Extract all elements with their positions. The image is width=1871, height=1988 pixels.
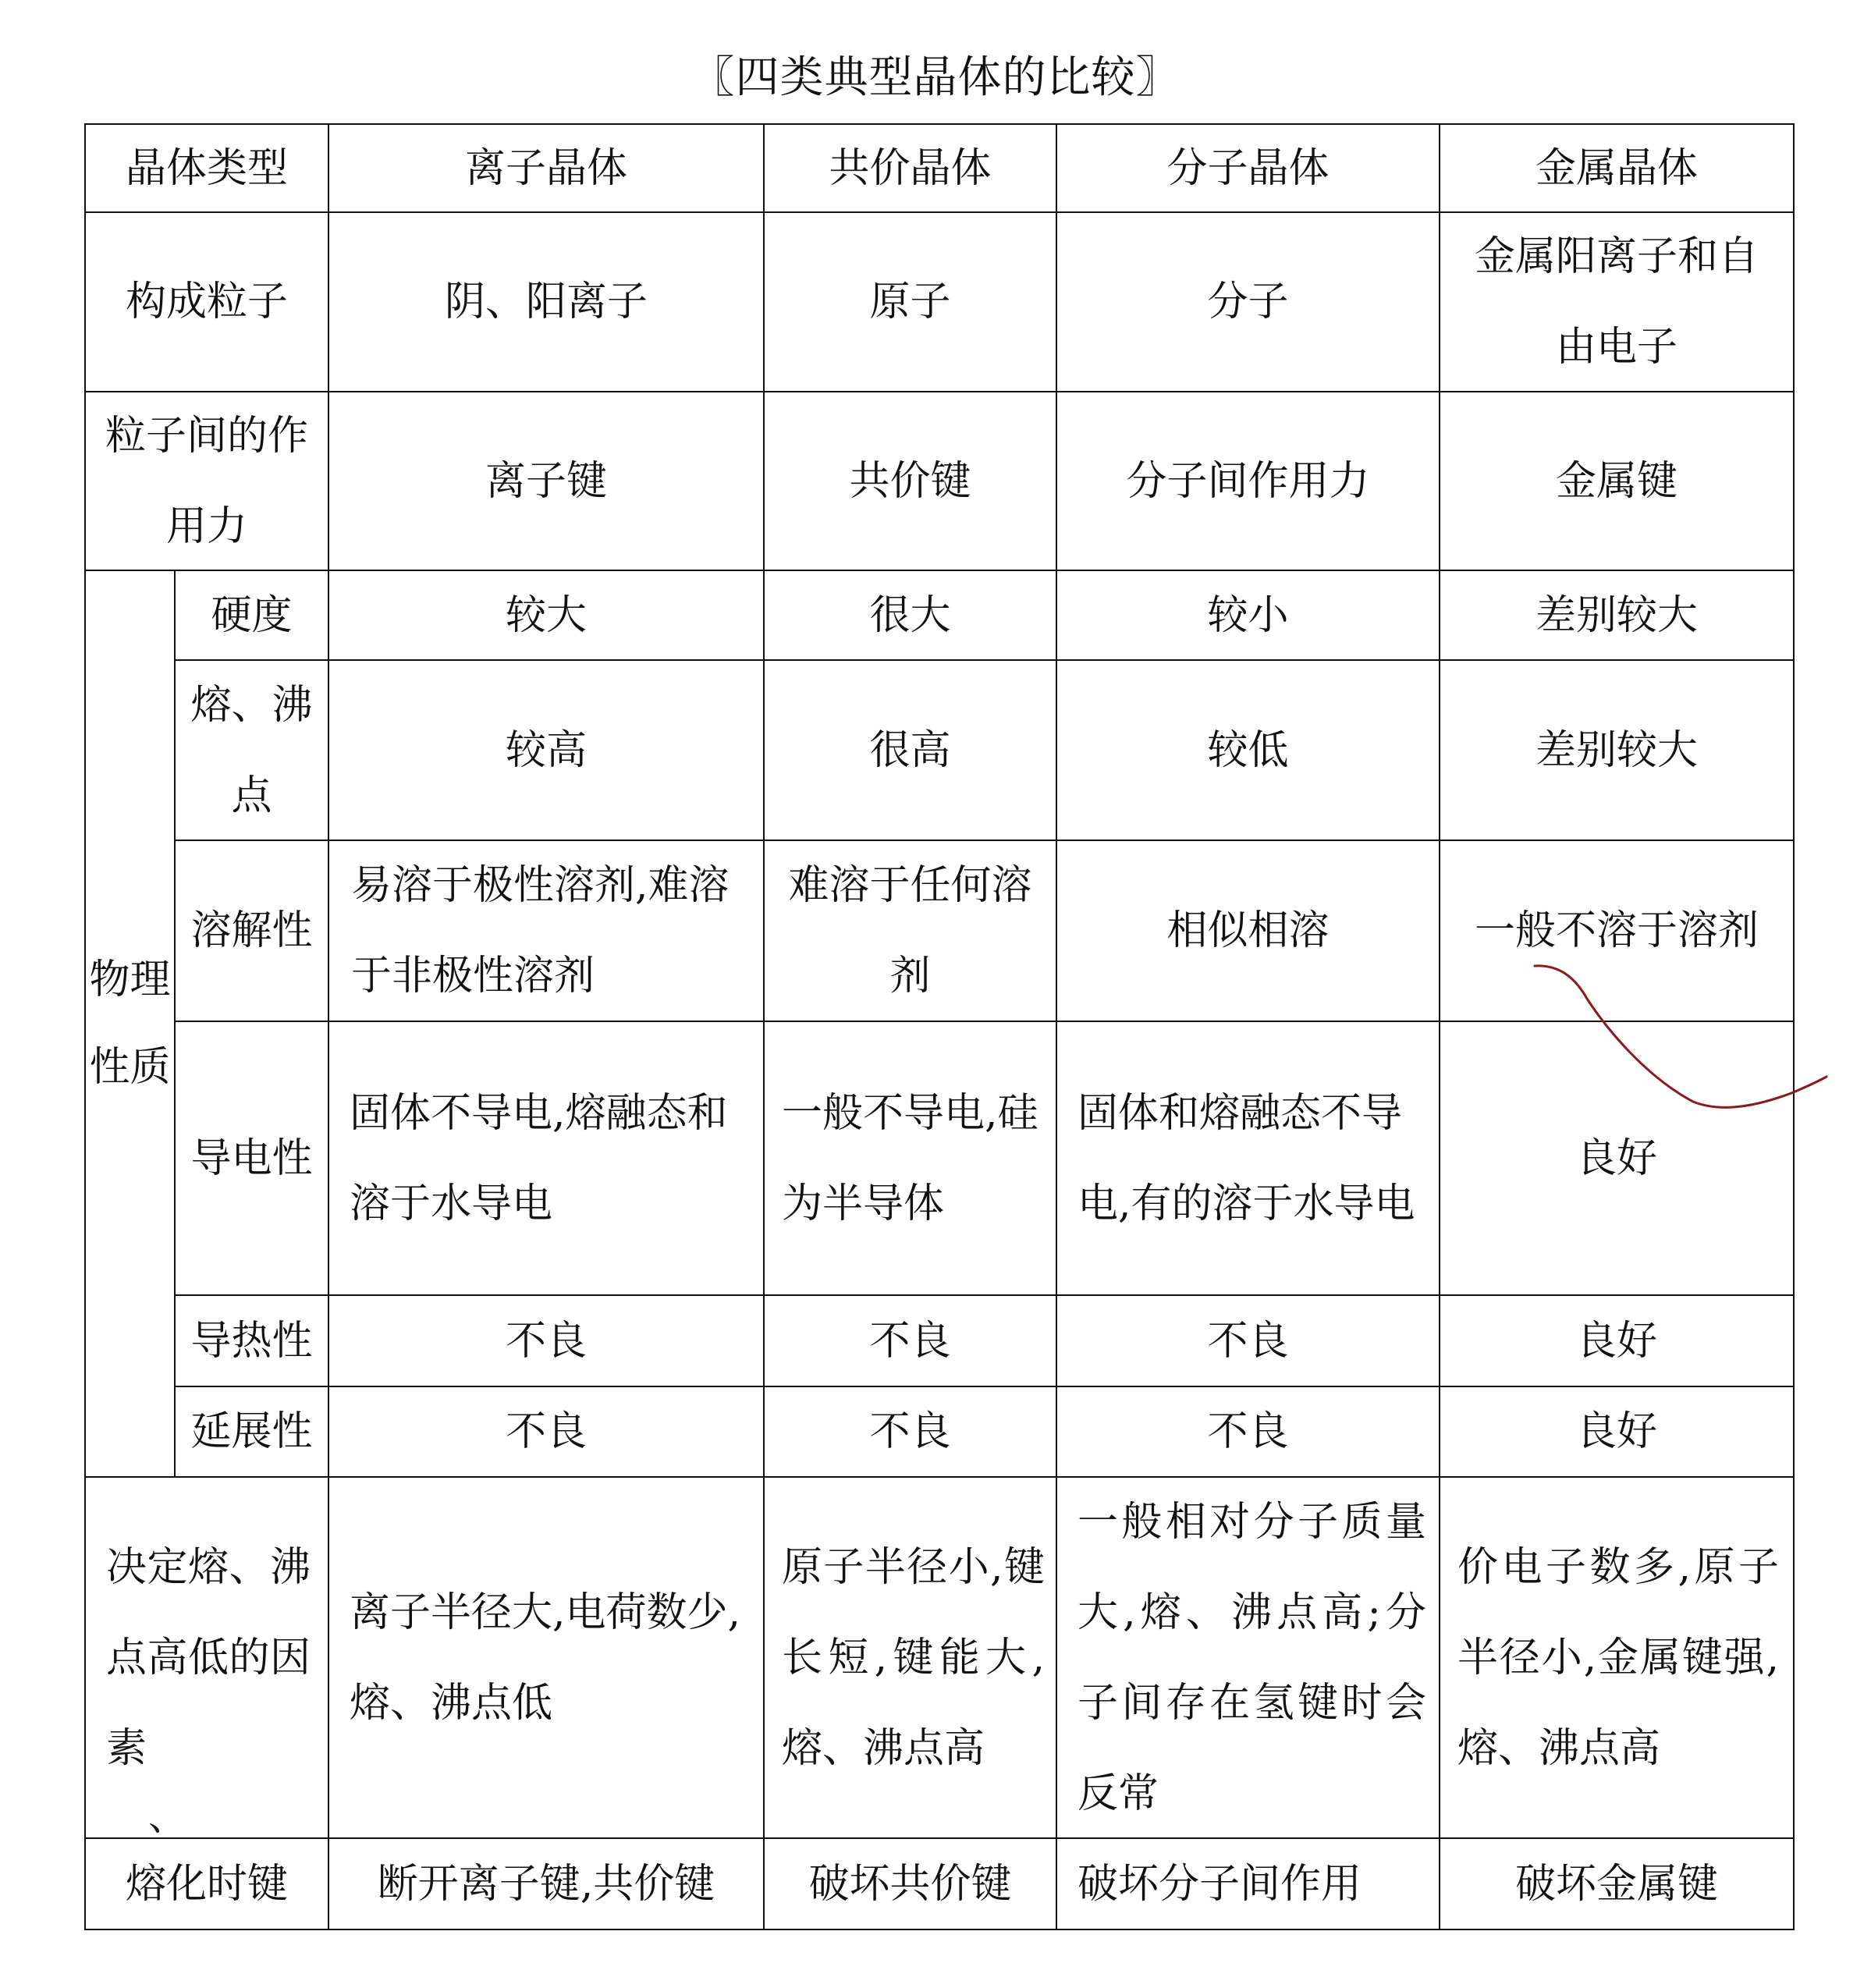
cell-factors-covalent: 原子半径小,键长短,键能大,熔、沸点高 <box>763 1476 1057 1839</box>
cell-interaction-covalent: 共价键 <box>763 391 1057 571</box>
cell-hardness-covalent: 很大 <box>763 570 1057 661</box>
cell-ductility-ionic: 不良 <box>328 1386 765 1478</box>
cell-thermal-ionic: 不良 <box>328 1294 765 1387</box>
cell-conductivity-metallic: 良好 <box>1439 1021 1795 1296</box>
cell-melting-molecular: 较低 <box>1056 659 1440 841</box>
group-label-physical: 物理性质 <box>84 570 176 1478</box>
cell-ductility-molecular: 不良 <box>1056 1386 1440 1478</box>
cell-melt-bond-metallic: 破坏金属键 <box>1439 1837 1795 1930</box>
row-label-factors: 决定熔、沸点高低的因素 <box>84 1476 329 1839</box>
cell-factors-metallic: 价电子数多,原子半径小,金属键强,熔、沸点高 <box>1439 1476 1795 1839</box>
cell-conductivity-covalent: 一般不导电,硅为半导体 <box>763 1021 1057 1296</box>
cell-hardness-ionic: 较大 <box>328 570 765 661</box>
cell-solubility-covalent: 难溶于任何溶剂 <box>763 840 1057 1022</box>
row-label-interaction: 粒子间的作用力 <box>84 391 329 571</box>
cell-particles-ionic: 阴、阳离子 <box>328 211 765 392</box>
row-label-hardness: 硬度 <box>174 570 329 661</box>
cell-solubility-ionic: 易溶于极性溶剂,难溶于非极性溶剂 <box>328 840 765 1022</box>
cell-melt-bond-molecular: 破坏分子间作用 <box>1056 1837 1440 1930</box>
cell-interaction-metallic: 金属键 <box>1439 391 1795 571</box>
cell-hardness-molecular: 较小 <box>1056 570 1440 661</box>
cell-melting-ionic: 较高 <box>328 659 765 841</box>
header-ionic: 离子晶体 <box>328 123 765 213</box>
cell-melt-bond-covalent: 破坏共价键 <box>763 1837 1057 1930</box>
row-label-conductivity: 导电性 <box>174 1021 329 1296</box>
stray-mark: 、 <box>148 1787 186 1841</box>
cell-particles-molecular: 分子 <box>1056 211 1440 392</box>
row-label-melting: 熔、沸点 <box>174 659 329 841</box>
cell-particles-covalent: 原子 <box>763 211 1057 392</box>
header-molecular: 分子晶体 <box>1056 123 1440 213</box>
cell-conductivity-molecular: 固体和熔融态不导电,有的溶于水导电 <box>1056 1021 1440 1296</box>
cell-factors-ionic: 离子半径大,电荷数少,熔、沸点低 <box>328 1476 765 1839</box>
cell-factors-molecular: 一般相对分子质量大,熔、沸点高;分子间存在氢键时会反常 <box>1056 1476 1440 1839</box>
cell-conductivity-ionic: 固体不导电,熔融态和溶于水导电 <box>328 1021 765 1296</box>
row-label-solubility: 溶解性 <box>174 840 329 1022</box>
cell-melting-metallic: 差别较大 <box>1439 659 1795 841</box>
cell-hardness-metallic: 差别较大 <box>1439 570 1795 661</box>
cell-thermal-metallic: 良好 <box>1439 1294 1795 1387</box>
cell-solubility-molecular: 相似相溶 <box>1056 840 1440 1022</box>
header-label-cell: 晶体类型 <box>84 123 329 213</box>
row-label-particles: 构成粒子 <box>84 211 329 392</box>
cell-thermal-covalent: 不良 <box>763 1294 1057 1387</box>
cell-interaction-molecular: 分子间作用力 <box>1056 391 1440 571</box>
header-covalent: 共价晶体 <box>763 123 1057 213</box>
cell-ductility-covalent: 不良 <box>763 1386 1057 1478</box>
row-label-melt-bond: 熔化时键 <box>84 1837 329 1930</box>
cell-particles-metallic: 金属阳离子和自由电子 <box>1439 211 1795 392</box>
crystal-comparison-table: 晶体类型 离子晶体 共价晶体 分子晶体 金属晶体 构成粒子 阴、阳离子 原子 分… <box>0 0 1871 1988</box>
row-label-thermal: 导热性 <box>174 1294 329 1387</box>
row-label-ductility: 延展性 <box>174 1386 329 1478</box>
cell-ductility-metallic: 良好 <box>1439 1386 1795 1478</box>
header-metallic: 金属晶体 <box>1439 123 1795 213</box>
cell-solubility-metallic: 一般不溶于溶剂 <box>1439 840 1795 1022</box>
cell-thermal-molecular: 不良 <box>1056 1294 1440 1387</box>
cell-interaction-ionic: 离子键 <box>328 391 765 571</box>
cell-melting-covalent: 很高 <box>763 659 1057 841</box>
cell-melt-bond-ionic: 断开离子键,共价键 <box>328 1837 765 1930</box>
